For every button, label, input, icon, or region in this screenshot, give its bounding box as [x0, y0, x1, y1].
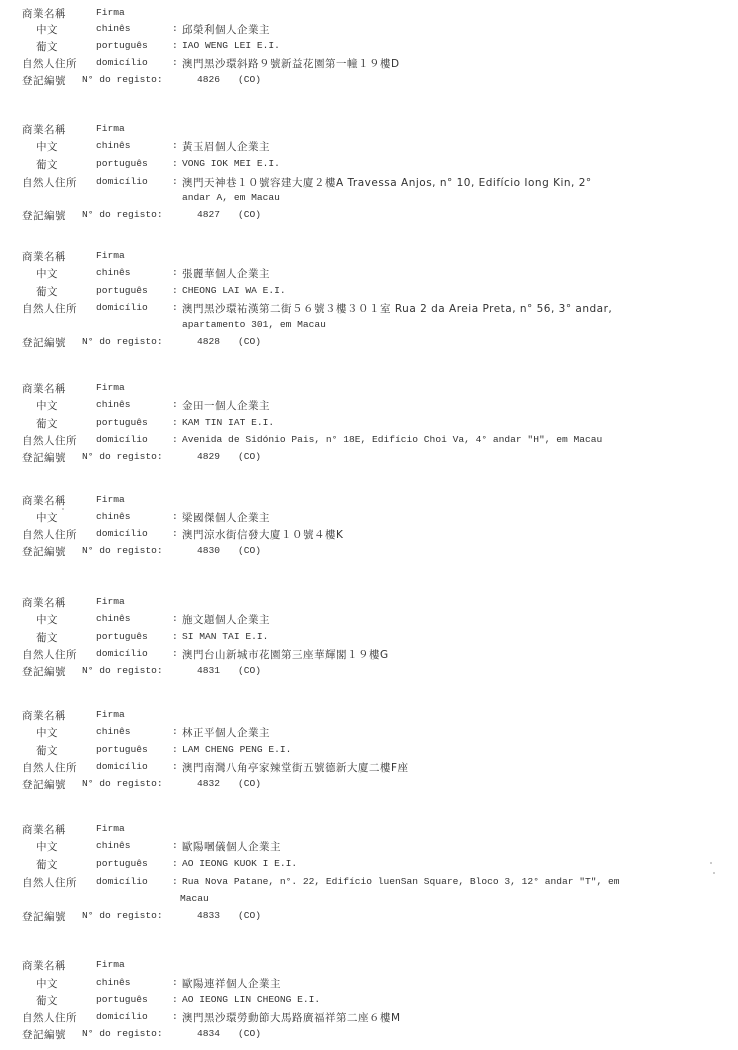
domicile-label-pt: domicílio [96, 176, 148, 187]
chinese-label-pt: chinês [96, 140, 131, 151]
colon: : [172, 267, 178, 278]
firm-label-zh: 商業名稱 [22, 708, 66, 723]
chinese-name-value: 金田一個人企業主 [182, 398, 270, 413]
scan-speck [62, 508, 64, 510]
chinese-label-pt: chinês [96, 613, 131, 624]
portuguese-name-value: VONG IOK MEI E.I. [182, 158, 280, 169]
chinese-name-value: 歐陽嘓儀個人企業主 [182, 839, 281, 854]
chinese-label-pt: chinês [96, 267, 131, 278]
registry-label-zh: 登記編號 [22, 544, 66, 559]
firm-label-pt: Firma [96, 959, 125, 970]
domicile-value: 澳門黑沙環勞動節大馬路廣福祥第二座６樓M [182, 1010, 401, 1025]
portuguese-label-zh: 葡文 [36, 630, 58, 645]
colon: : [172, 399, 178, 410]
portuguese-name-value: CHEONG LAI WA E.I. [182, 285, 286, 296]
domicile-label-pt: domicílio [96, 648, 148, 659]
firm-label-pt: Firma [96, 7, 125, 18]
chinese-label-zh: 中文 [36, 839, 58, 854]
registry-label-zh: 登記編號 [22, 335, 66, 350]
portuguese-label-zh: 葡文 [36, 743, 58, 758]
domicile-label-zh: 自然人住所 [22, 527, 77, 542]
domicile-value-continued: andar A, em Macau [182, 192, 280, 203]
domicile-label-zh: 自然人住所 [22, 175, 77, 190]
domicile-value: 澳門黑沙環斜路９號新益花園第一幢１９樓D [182, 56, 400, 71]
chinese-name-value: 施文題個人企業主 [182, 612, 270, 627]
domicile-value: 澳門天神巷１０號容建大廈２樓A Travessa Anjos, n° 10, E… [182, 175, 592, 190]
portuguese-label-pt: português [96, 994, 148, 1005]
registry-number: 4833 [197, 910, 220, 921]
portuguese-name-value: KAM TIN IAT E.I. [182, 417, 274, 428]
domicile-label-pt: domicílio [96, 434, 148, 445]
domicile-value-continued: Macau [180, 893, 209, 904]
registry-label-zh: 登記編號 [22, 777, 66, 792]
colon: : [172, 23, 178, 34]
colon: : [172, 840, 178, 851]
firm-label-zh: 商業名稱 [22, 249, 66, 264]
scan-speck [713, 872, 715, 874]
domicile-label-pt: domicílio [96, 761, 148, 772]
registry-number: 4832 [197, 778, 220, 789]
registry-label-zh: 登記編號 [22, 909, 66, 924]
registry-label-zh: 登記編號 [22, 450, 66, 465]
domicile-value: 澳門南灣八角亭家辣堂街五號德新大廈二樓F座 [182, 760, 409, 775]
colon: : [172, 631, 178, 642]
registry-number: 4830 [197, 545, 220, 556]
domicile-label-pt: domicílio [96, 876, 148, 887]
chinese-label-pt: chinês [96, 977, 131, 988]
domicile-value: Avenida de Sidónio Pais, n° 18E, Edifíci… [182, 434, 602, 445]
firm-label-pt: Firma [96, 123, 125, 134]
domicile-label-pt: domicílio [96, 1011, 148, 1022]
registry-label-pt: N° do registo: [82, 1028, 163, 1039]
registry-suffix: (CO) [238, 778, 261, 789]
portuguese-label-pt: português [96, 858, 148, 869]
chinese-label-pt: chinês [96, 399, 131, 410]
domicile-label-zh: 自然人住所 [22, 433, 77, 448]
firm-label-pt: Firma [96, 596, 125, 607]
chinese-label-zh: 中文 [36, 725, 58, 740]
colon: : [172, 302, 178, 313]
firm-label-pt: Firma [96, 250, 125, 261]
registry-label-zh: 登記編號 [22, 664, 66, 679]
colon: : [172, 285, 178, 296]
domicile-value: 澳門台山新城市花園第三座華輝閣１９樓G [182, 647, 389, 662]
portuguese-label-pt: português [96, 631, 148, 642]
registry-label-zh: 登記編號 [22, 208, 66, 223]
chinese-name-value: 林正平個人企業主 [182, 725, 270, 740]
portuguese-label-pt: português [96, 744, 148, 755]
firm-label-zh: 商業名稱 [22, 493, 66, 508]
registry-suffix: (CO) [238, 336, 261, 347]
chinese-label-zh: 中文 [36, 139, 58, 154]
colon: : [172, 744, 178, 755]
registry-suffix: (CO) [238, 665, 261, 676]
firm-label-zh: 商業名稱 [22, 595, 66, 610]
registry-number: 4834 [197, 1028, 220, 1039]
chinese-label-pt: chinês [96, 511, 131, 522]
colon: : [172, 613, 178, 624]
registry-label-pt: N° do registo: [82, 545, 163, 556]
registry-number: 4827 [197, 209, 220, 220]
chinese-name-value: 張麗華個人企業主 [182, 266, 270, 281]
registry-number: 4826 [197, 74, 220, 85]
portuguese-name-value: LAM CHENG PENG E.I. [182, 744, 291, 755]
portuguese-label-zh: 葡文 [36, 39, 58, 54]
domicile-label-zh: 自然人住所 [22, 875, 77, 890]
registry-number: 4829 [197, 451, 220, 462]
portuguese-name-value: AO IEONG KUOK I E.I. [182, 858, 297, 869]
firm-label-zh: 商業名稱 [22, 381, 66, 396]
registry-label-pt: N° do registo: [82, 336, 163, 347]
registry-suffix: (CO) [238, 74, 261, 85]
portuguese-label-pt: português [96, 158, 148, 169]
colon: : [172, 528, 178, 539]
portuguese-label-zh: 葡文 [36, 284, 58, 299]
registry-label-pt: N° do registo: [82, 451, 163, 462]
colon: : [172, 648, 178, 659]
portuguese-name-value: SI MAN TAI E.I. [182, 631, 268, 642]
domicile-label-pt: domicílio [96, 528, 148, 539]
portuguese-label-zh: 葡文 [36, 416, 58, 431]
colon: : [172, 57, 178, 68]
firm-label-pt: Firma [96, 709, 125, 720]
colon: : [172, 1011, 178, 1022]
registry-label-pt: N° do registo: [82, 778, 163, 789]
firm-label-zh: 商業名稱 [22, 822, 66, 837]
domicile-value: 澳門黑沙環祐漢第二街５６號３樓３０１室 Rua 2 da Areia Preta… [182, 301, 612, 316]
domicile-label-pt: domicílio [96, 57, 148, 68]
colon: : [172, 858, 178, 869]
domicile-value: 澳門涼水街信發大廈１０號４樓K [182, 527, 343, 542]
chinese-name-value: 歐陽連祥個人企業主 [182, 976, 281, 991]
chinese-name-value: 黃玉眉個人企業主 [182, 139, 270, 154]
colon: : [172, 876, 178, 887]
colon: : [172, 176, 178, 187]
registry-label-pt: N° do registo: [82, 910, 163, 921]
domicile-value: Rua Nova Patane, n°. 22, Edifício luenSa… [182, 876, 620, 887]
registry-number: 4831 [197, 665, 220, 676]
registry-label-pt: N° do registo: [82, 665, 163, 676]
firm-label-pt: Firma [96, 494, 125, 505]
firm-label-zh: 商業名稱 [22, 6, 66, 21]
domicile-label-pt: domicílio [96, 302, 148, 313]
registry-label-pt: N° do registo: [82, 74, 163, 85]
portuguese-label-pt: português [96, 417, 148, 428]
chinese-label-pt: chinês [96, 23, 131, 34]
colon: : [172, 726, 178, 737]
registry-label-pt: N° do registo: [82, 209, 163, 220]
registry-suffix: (CO) [238, 545, 261, 556]
firm-label-pt: Firma [96, 382, 125, 393]
colon: : [172, 977, 178, 988]
portuguese-label-zh: 葡文 [36, 157, 58, 172]
registry-suffix: (CO) [238, 209, 261, 220]
portuguese-label-pt: português [96, 40, 148, 51]
firm-label-zh: 商業名稱 [22, 958, 66, 973]
chinese-name-value: 邱榮利個人企業主 [182, 22, 270, 37]
registry-label-zh: 登記編號 [22, 1027, 66, 1042]
domicile-label-zh: 自然人住所 [22, 56, 77, 71]
chinese-label-zh: 中文 [36, 510, 58, 525]
colon: : [172, 158, 178, 169]
chinese-label-zh: 中文 [36, 22, 58, 37]
firm-label-pt: Firma [96, 823, 125, 834]
registry-suffix: (CO) [238, 910, 261, 921]
colon: : [172, 434, 178, 445]
portuguese-name-value: AO IEONG LIN CHEONG E.I. [182, 994, 320, 1005]
chinese-label-zh: 中文 [36, 266, 58, 281]
colon: : [172, 140, 178, 151]
registry-suffix: (CO) [238, 451, 261, 462]
domicile-value-continued: apartamento 301, em Macau [182, 319, 326, 330]
colon: : [172, 511, 178, 522]
domicile-label-zh: 自然人住所 [22, 647, 77, 662]
domicile-label-zh: 自然人住所 [22, 301, 77, 316]
scan-speck [710, 862, 712, 864]
colon: : [172, 761, 178, 772]
portuguese-label-zh: 葡文 [36, 857, 58, 872]
firm-label-zh: 商業名稱 [22, 122, 66, 137]
chinese-label-zh: 中文 [36, 612, 58, 627]
chinese-label-pt: chinês [96, 726, 131, 737]
colon: : [172, 994, 178, 1005]
chinese-label-zh: 中文 [36, 976, 58, 991]
colon: : [172, 40, 178, 51]
portuguese-label-zh: 葡文 [36, 993, 58, 1008]
registry-label-zh: 登記編號 [22, 73, 66, 88]
domicile-label-zh: 自然人住所 [22, 760, 77, 775]
colon: : [172, 417, 178, 428]
registry-number: 4828 [197, 336, 220, 347]
portuguese-label-pt: português [96, 285, 148, 296]
chinese-label-pt: chinês [96, 840, 131, 851]
chinese-name-value: 梁國傑個人企業主 [182, 510, 270, 525]
registry-suffix: (CO) [238, 1028, 261, 1039]
portuguese-name-value: IAO WENG LEI E.I. [182, 40, 280, 51]
chinese-label-zh: 中文 [36, 398, 58, 413]
domicile-label-zh: 自然人住所 [22, 1010, 77, 1025]
